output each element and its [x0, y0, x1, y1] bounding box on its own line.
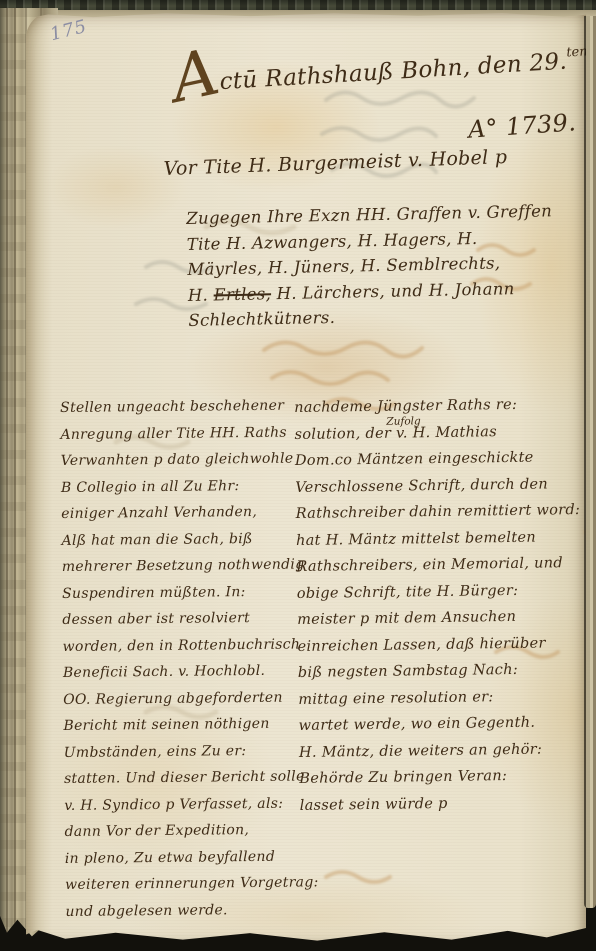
manuscript-line: Beneficii Sach. v. Hochlobl. — [63, 657, 307, 686]
manuscript-line: statten. Und dieser Bericht solle — [64, 763, 308, 792]
manuscript-line: Anregung aller Tite HH. Raths — [60, 419, 304, 448]
manuscript-line: lasset sein würde p — [300, 788, 592, 819]
attendance-text: H. — [188, 285, 214, 305]
manuscript-line: solution, der v. H. Mathias — [294, 417, 586, 448]
manuscript-line: B Collegio in all Zu Ehr: — [61, 472, 305, 501]
manuscript-line: Rathschreiber dahin remittiert word: — [295, 497, 587, 528]
manuscript-line: Bericht mit seinen nöthigen — [63, 710, 307, 739]
manuscript-page: 175 Actū Rathshauß Bohn, den 29.ten Maii… — [26, 12, 586, 942]
body-column-left: Stellen ungeacht beschehenerAnregung all… — [60, 392, 310, 925]
manuscript-line: Verwanhten p dato gleichwohle — [61, 445, 305, 474]
manuscript-line: OO. Regierung abgeforderten — [63, 684, 307, 713]
manuscript-line: Rathschreibers, ein Memorial, und — [296, 550, 588, 581]
manuscript-line: Verschlossene Schrift, durch den — [295, 470, 587, 501]
manuscript-line: dann Vor der Expedition, — [64, 816, 308, 845]
body-column-right: Zufolg nachdeme Jüngster Raths re:soluti… — [294, 391, 592, 819]
manuscript-line: biß negsten Sambstag Nach: — [298, 656, 590, 687]
struck-name: Ertles, — [213, 284, 271, 304]
manuscript-line: dessen aber ist resolviert — [62, 604, 306, 633]
manuscript-line: v. H. Syndico p Verfasset, als: — [64, 790, 308, 819]
manuscript-line: wartet werde, wo ein Gegenth. — [298, 709, 590, 740]
manuscript-line: Stellen ungeacht beschehener — [60, 392, 304, 421]
manuscript-line: Alß hat man die Sach, biß — [61, 525, 305, 554]
manuscript-book: 175 Actū Rathshauß Bohn, den 29.ten Maii… — [0, 0, 596, 951]
heading-initial: A — [169, 57, 221, 96]
manuscript-line: Dom.co Mäntzen eingeschickte — [295, 444, 587, 475]
manuscript-line: obige Schrift, tite H. Bürger: — [297, 576, 589, 607]
manuscript-line: nachdeme Jüngster Raths re: — [294, 391, 586, 422]
interlinear-insertion: Zufolg — [386, 408, 421, 435]
manuscript-line: mittag eine resolution er: — [298, 682, 590, 713]
folio-number: 175 — [48, 16, 89, 45]
manuscript-line: worden, den in Rottenbuchrisch — [62, 631, 306, 660]
heading-place-date: ctū Rathshauß Bohn, den 29. — [219, 49, 568, 96]
manuscript-line: einreichen Lassen, daß hierüber — [297, 629, 589, 660]
manuscript-line: weiteren erinnerungen Vorgetrag: — [65, 869, 309, 898]
manuscript-line: und abgelesen werde. — [65, 896, 309, 925]
manuscript-line: Behörde Zu bringen Veran: — [299, 762, 591, 793]
binding-crease — [6, 8, 8, 942]
presiding-line: Vor Tite H. Burgermeist v. Hobel p — [163, 146, 507, 180]
manuscript-line: hat H. Mäntz mittelst bemelten — [296, 523, 588, 554]
manuscript-line: Umbständen, eins Zu er: — [64, 737, 308, 766]
attendance-paragraph: Zugegen Ihre Exzn HH. Graffen v. Greffen… — [186, 197, 596, 333]
entry-heading: Actū Rathshauß Bohn, den 29.ten Maii, — [170, 27, 596, 98]
attendance-text: H. Lärchers, und H. Johann — [271, 279, 515, 303]
body-column-right-lines: nachdeme Jüngster Raths re:solution, der… — [294, 391, 592, 819]
manuscript-line: H. Mäntz, die weiters an gehör: — [299, 735, 591, 766]
heading-year: A° 1739. — [467, 108, 577, 143]
manuscript-line: einiger Anzahl Verhanden, — [61, 498, 305, 527]
manuscript-line: meister p mit dem Ansuchen — [297, 603, 589, 634]
manuscript-line: in pleno, Zu etwa beyfallend — [65, 843, 309, 872]
next-page-edge — [584, 16, 596, 908]
manuscript-line: Suspendiren müßten. In: — [62, 578, 306, 607]
binding-crease — [14, 8, 16, 942]
manuscript-line: mehrerer Besetzung nothwendig — [62, 551, 306, 580]
